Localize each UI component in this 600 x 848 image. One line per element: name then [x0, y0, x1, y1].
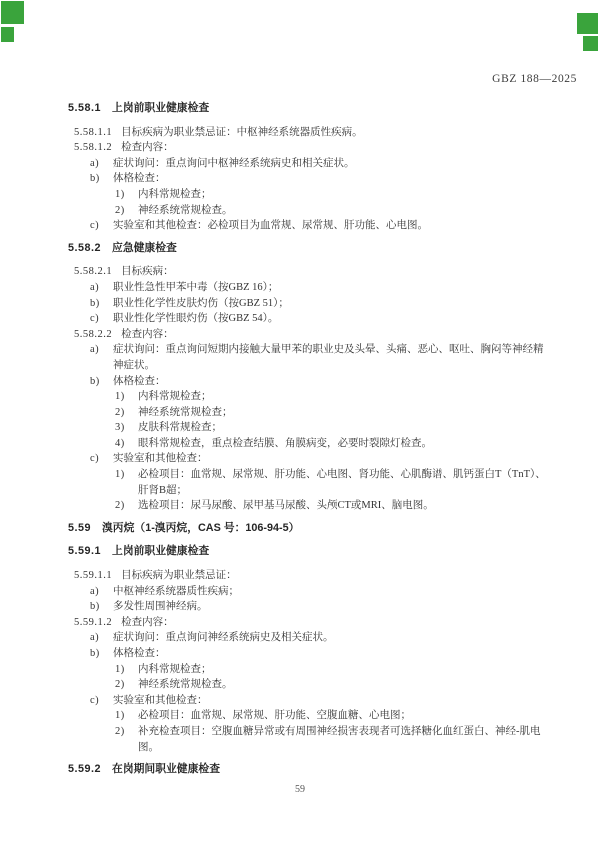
clause-text: 内科常规检查； [138, 664, 212, 675]
clause-number: b) [90, 171, 113, 187]
clause-number: 5.58.1.1 [74, 125, 112, 141]
corner-mark-top-left-large [1, 1, 24, 24]
clause-number: b) [90, 374, 113, 390]
section-heading: 5.59.2在岗期间职业健康检查 [0, 762, 600, 778]
clause-text: 中枢神经系统器质性疾病； [113, 586, 239, 597]
clause-text: 症状询问：重点询问神经系统病史及相关症状。 [113, 632, 334, 643]
clause-number: 5.59.1.1 [74, 568, 112, 584]
clause-text: 图。 [138, 742, 159, 753]
text-line: 神症状。 [0, 358, 600, 374]
text-line: 4)眼科常规检查，重点检查结膜、角膜病变，必要时裂隙灯检查。 [0, 436, 600, 452]
clause-text: 体格检查： [113, 648, 166, 659]
clause-text: 补充检查项目：空腹血糖异常或有周围神经损害表现者可选择糖化血红蛋白、神经-肌电 [138, 726, 541, 737]
clause-text: 体格检查： [113, 173, 166, 184]
clause-text: 检查内容： [121, 142, 174, 153]
clause-number: 1) [115, 187, 138, 203]
clause-number: 5.58.2.2 [74, 327, 112, 343]
clause-number: b) [90, 646, 113, 662]
text-line: 图。 [0, 740, 600, 756]
content: 5.58.1上岗前职业健康检查5.58.1.1目标疾病为职业禁忌证：中枢神经系统… [0, 94, 600, 786]
clause-number: 1) [115, 389, 138, 405]
text-line: 5.58.1.2检查内容： [0, 140, 600, 156]
clause-number: a) [90, 584, 113, 600]
text-line: b)体格检查： [0, 171, 600, 187]
text-line: 1)内科常规检查； [0, 662, 600, 678]
text-line: 1)必检项目：血常规、尿常规、肝功能、心电图、肾功能、心肌酶谱、肌钙蛋白T（Tn… [0, 467, 600, 483]
text-line: b)职业性化学性皮肤灼伤（按GBZ 51）； [0, 296, 600, 312]
clause-number: 2) [115, 498, 138, 514]
clause-text: 神经系统常规检查。 [138, 679, 233, 690]
clause-text: 神症状。 [113, 360, 155, 371]
text-line: 5.58.2.2检查内容： [0, 327, 600, 343]
clause-number: 5.59.2 [68, 762, 101, 778]
text-line: c)实验室和其他检查：必检项目为血常规、尿常规、肝功能、心电图。 [0, 218, 600, 234]
text-line: b)体格检查： [0, 374, 600, 390]
clause-text: 实验室和其他检查： [113, 695, 208, 706]
clause-number: c) [90, 451, 113, 467]
text-line: 3)皮肤科常规检查； [0, 420, 600, 436]
clause-text: 目标疾病为职业禁忌证：中枢神经系统器质性疾病。 [121, 127, 363, 138]
clause-number: 2) [115, 677, 138, 693]
clause-text: 症状询问：重点询问中枢神经系统病史和相关症状。 [113, 158, 355, 169]
text-line: 1)内科常规检查； [0, 187, 600, 203]
text-line: c)实验室和其他检查： [0, 451, 600, 467]
clause-text: 实验室和其他检查：必检项目为血常规、尿常规、肝功能、心电图。 [113, 220, 428, 231]
text-line: 2)选检项目：尿马尿酸、尿甲基马尿酸、头颅CT或MRI、脑电图。 [0, 498, 600, 514]
clause-text: 应急健康检查 [112, 242, 177, 254]
clause-text: 皮肤科常规检查； [138, 422, 222, 433]
clause-number: a) [90, 156, 113, 172]
corner-mark-top-right-large [577, 13, 598, 34]
clause-number: b) [90, 599, 113, 615]
clause-number: 5.59.1 [68, 544, 101, 560]
clause-number: 5.59 [68, 521, 91, 537]
text-line: 5.59.1.1目标疾病为职业禁忌证： [0, 568, 600, 584]
corner-mark-top-left-small [1, 27, 14, 42]
clause-number: 2) [115, 203, 138, 219]
clause-number: 2) [115, 724, 138, 740]
text-line: 肝肾B超； [0, 483, 600, 499]
text-line: a)职业性急性甲苯中毒（按GBZ 16）； [0, 280, 600, 296]
clause-text: 在岗期间职业健康检查 [112, 763, 220, 775]
text-line: c)实验室和其他检查： [0, 693, 600, 709]
clause-number: 5.59.1.2 [74, 615, 112, 631]
clause-text: 症状询问：重点询问短期内接触大量甲苯的职业史及头晕、头痛、恶心、呕吐、胸闷等神经… [113, 344, 544, 355]
clause-text: 眼科常规检查，重点检查结膜、角膜病变，必要时裂隙灯检查。 [138, 438, 432, 449]
text-line: a)中枢神经系统器质性疾病； [0, 584, 600, 600]
section-heading: 5.58.2应急健康检查 [0, 241, 600, 257]
clause-text: 必检项目：血常规、尿常规、肝功能、空腹血糖、心电图； [138, 710, 411, 721]
clause-number: 1) [115, 662, 138, 678]
text-line: 2)神经系统常规检查。 [0, 203, 600, 219]
clause-number: 1) [115, 708, 138, 724]
clause-text: 必检项目：血常规、尿常规、肝功能、心电图、肾功能、心肌酶谱、肌钙蛋白T（TnT）… [138, 469, 546, 480]
clause-number: 5.58.2.1 [74, 264, 112, 280]
text-line: 2)神经系统常规检查； [0, 405, 600, 421]
clause-text: 内科常规检查； [138, 189, 212, 200]
text-line: c)职业性化学性眼灼伤（按GBZ 54）。 [0, 311, 600, 327]
corner-mark-top-right-small [583, 36, 598, 51]
clause-number: 5.58.1 [68, 101, 101, 117]
page-number: 59 [0, 784, 600, 795]
clause-text: 实验室和其他检查： [113, 453, 208, 464]
text-line: 5.58.1.1目标疾病为职业禁忌证：中枢神经系统器质性疾病。 [0, 125, 600, 141]
clause-number: 5.58.2 [68, 241, 101, 257]
clause-text: 内科常规检查； [138, 391, 212, 402]
clause-text: 检查内容： [121, 617, 174, 628]
text-line: a)症状询问：重点询问神经系统病史及相关症状。 [0, 630, 600, 646]
clause-number: 1) [115, 467, 138, 483]
section-heading: 5.59.1上岗前职业健康检查 [0, 544, 600, 560]
clause-text: 上岗前职业健康检查 [112, 102, 209, 114]
clause-number: c) [90, 693, 113, 709]
clause-text: 职业性化学性眼灼伤（按GBZ 54）。 [113, 313, 278, 324]
clause-text: 职业性化学性皮肤灼伤（按GBZ 51）； [113, 298, 289, 309]
text-line: b)体格检查： [0, 646, 600, 662]
clause-text: 肝肾B超； [138, 485, 187, 496]
clause-number: c) [90, 218, 113, 234]
clause-number: c) [90, 311, 113, 327]
text-line: 1)必检项目：血常规、尿常规、肝功能、空腹血糖、心电图； [0, 708, 600, 724]
text-line: 5.58.2.1目标疾病： [0, 264, 600, 280]
clause-text: 神经系统常规检查。 [138, 205, 233, 216]
document-code: GBZ 188—2025 [492, 73, 577, 85]
text-line: a)症状询问：重点询问短期内接触大量甲苯的职业史及头晕、头痛、恶心、呕吐、胸闷等… [0, 342, 600, 358]
clause-text: 上岗前职业健康检查 [112, 545, 209, 557]
clause-number: a) [90, 342, 113, 358]
text-line: 2)神经系统常规检查。 [0, 677, 600, 693]
clause-text: 溴丙烷（1-溴丙烷，CAS 号：106-94-5） [102, 522, 299, 534]
section-heading: 5.58.1上岗前职业健康检查 [0, 101, 600, 117]
document-page: GBZ 188—2025 5.58.1上岗前职业健康检查5.58.1.1目标疾病… [0, 0, 600, 848]
clause-number: a) [90, 630, 113, 646]
clause-number: 5.58.1.2 [74, 140, 112, 156]
section-heading: 5.59溴丙烷（1-溴丙烷，CAS 号：106-94-5） [0, 521, 600, 537]
clause-number: a) [90, 280, 113, 296]
text-line: 1)内科常规检查； [0, 389, 600, 405]
clause-number: 3) [115, 420, 138, 436]
text-line: a)症状询问：重点询问中枢神经系统病史和相关症状。 [0, 156, 600, 172]
clause-text: 体格检查： [113, 376, 166, 387]
clause-text: 多发性周围神经病。 [113, 601, 208, 612]
clause-text: 目标疾病： [121, 266, 174, 277]
clause-number: 2) [115, 405, 138, 421]
clause-text: 检查内容： [121, 329, 174, 340]
clause-text: 选检项目：尿马尿酸、尿甲基马尿酸、头颅CT或MRI、脑电图。 [138, 500, 434, 511]
clause-number: b) [90, 296, 113, 312]
text-line: 2)补充检查项目：空腹血糖异常或有周围神经损害表现者可选择糖化血红蛋白、神经-肌… [0, 724, 600, 740]
clause-text: 职业性急性甲苯中毒（按GBZ 16）； [113, 282, 278, 293]
clause-text: 神经系统常规检查； [138, 407, 233, 418]
text-line: b)多发性周围神经病。 [0, 599, 600, 615]
clause-text: 目标疾病为职业禁忌证： [121, 570, 237, 581]
text-line: 5.59.1.2检查内容： [0, 615, 600, 631]
clause-number: 4) [115, 436, 138, 452]
